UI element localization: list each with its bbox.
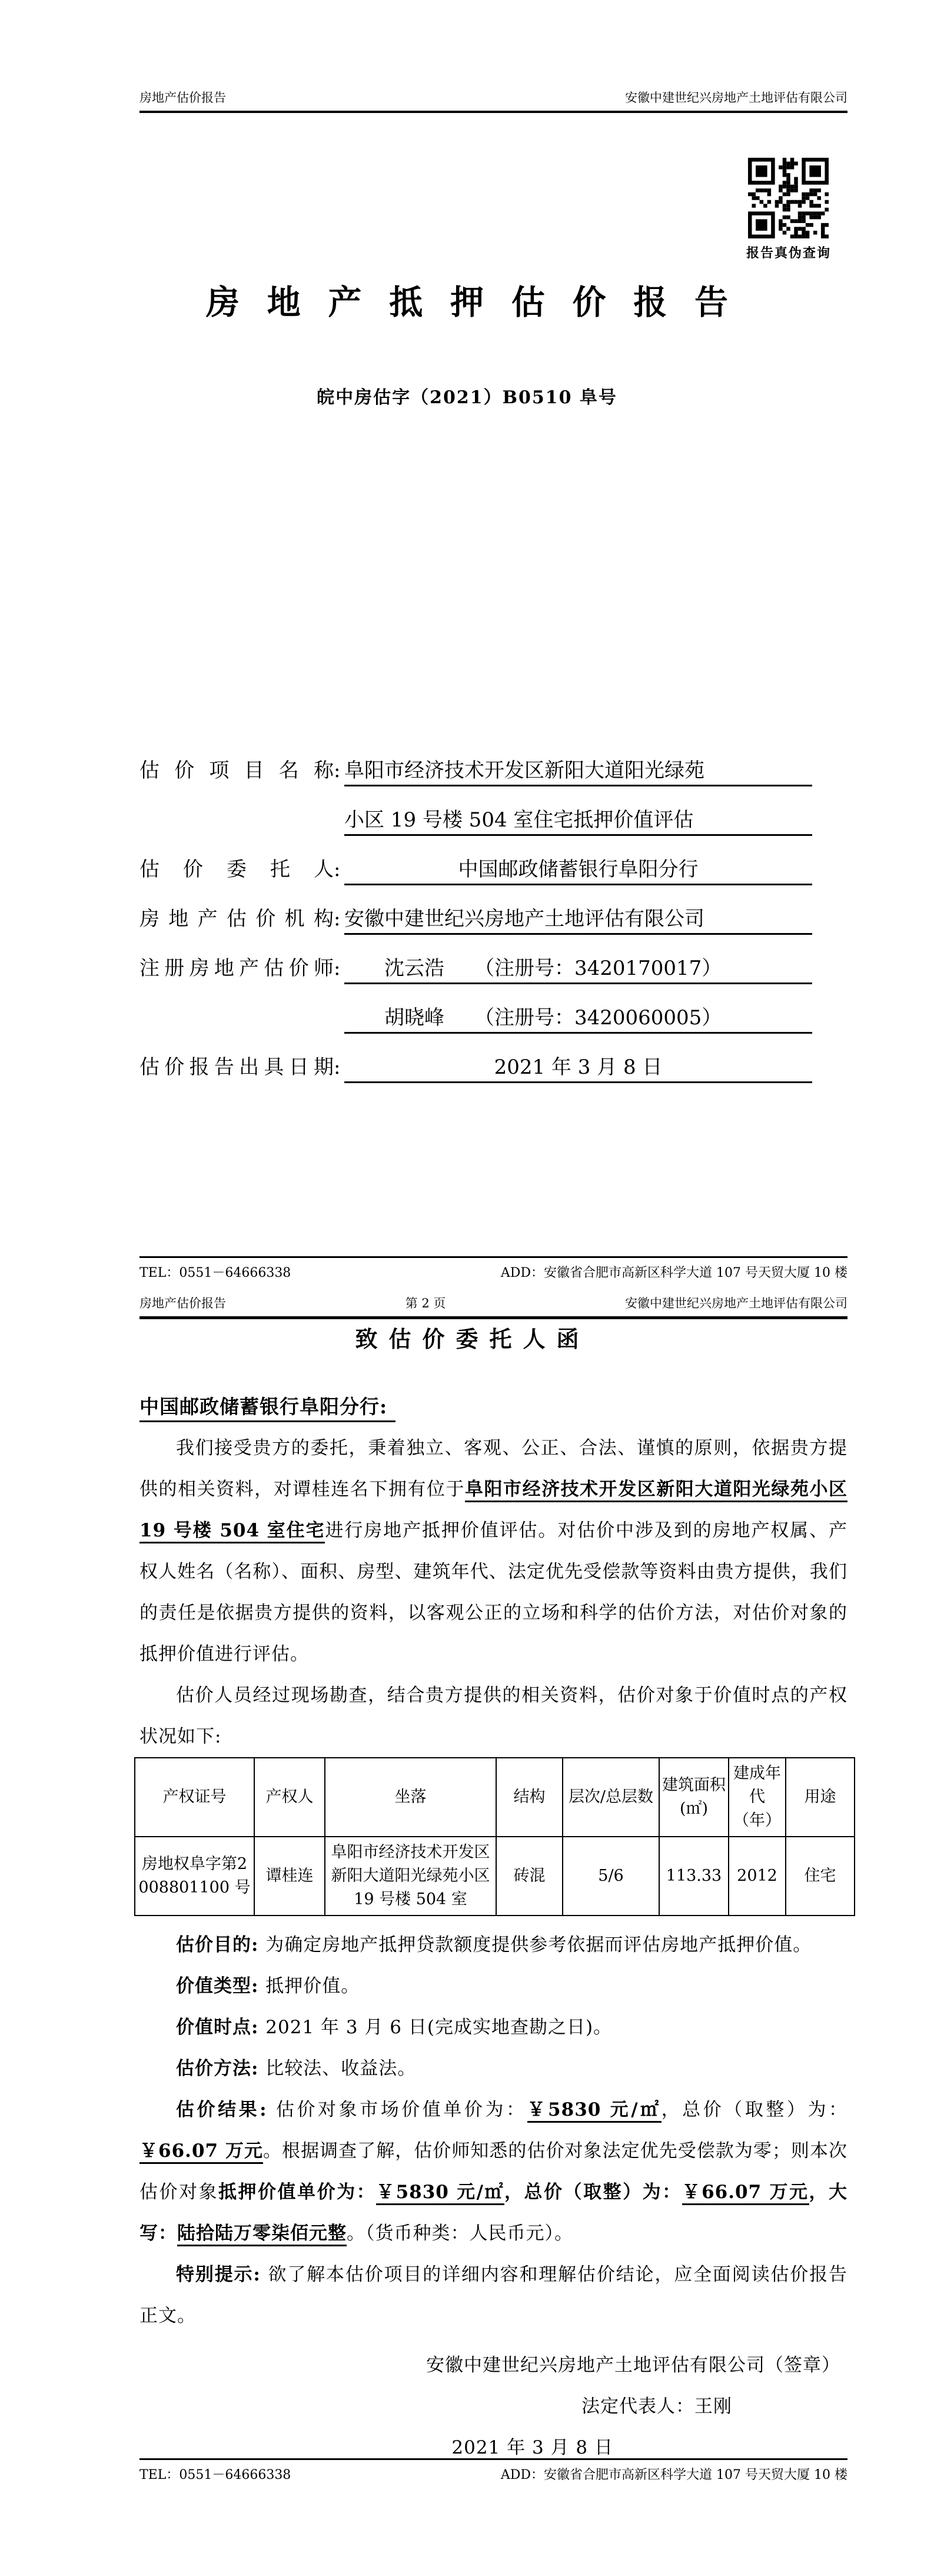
total-price-value: ￥66.07 万元: [139, 2140, 263, 2164]
col-certificate-no: 产权证号: [135, 1758, 254, 1837]
col-year-built: 建成年代（年）: [729, 1758, 786, 1837]
col-floor: 层次/总层数: [563, 1758, 659, 1837]
cover-form: 估价项目名称:阜阳市经济技术开发区新阳大道阳光绿苑 小区 19 号楼 504 室…: [139, 758, 847, 1104]
item-purpose: 估价目的: 为确定房地产抵押贷款额度提供参考依据而评估房地产抵押价值。: [139, 1924, 847, 1966]
form-value: 阜阳市经济技术开发区新阳大道阳光绿苑: [344, 758, 812, 786]
signature-legal-rep: 法定代表人：王刚: [139, 2386, 847, 2427]
cell-location: 阜阳市经济技术开发区新阳大道阳光绿苑小区19 号楼 504 室: [325, 1837, 496, 1916]
cell-owner: 谭桂连: [254, 1837, 325, 1916]
report-number: 皖中房估字（2021）B0510 阜号: [0, 383, 934, 409]
cell-structure: 砖混: [496, 1837, 563, 1916]
mortgage-unit-price-value: ￥5830 元/㎡: [376, 2182, 504, 2205]
cell-area: 113.33: [659, 1837, 729, 1916]
page2-header-right: 安徽中建世纪兴房地产土地评估有限公司: [625, 1296, 847, 1311]
letter-body: 中国邮政储蓄银行阜阳分行: 我们接受贵方的委托，秉着独立、客观、公正、合法、谨慎…: [139, 1386, 847, 2468]
col-owner: 产权人: [254, 1758, 325, 1837]
form-label: 注册房地产估价师: [139, 956, 334, 981]
signature-company: 安徽中建世纪兴房地产土地评估有限公司（签章）: [139, 2345, 847, 2386]
form-value: 小区 19 号楼 504 室住宅抵押价值评估: [344, 808, 812, 836]
cell-year-built: 2012: [729, 1837, 786, 1916]
page1-header-right: 安徽中建世纪兴房地产土地评估有限公司: [625, 90, 847, 105]
form-label: 估价报告出具日期: [139, 1055, 334, 1080]
letter-title: 致估价委托人函: [0, 1321, 934, 1353]
col-structure: 结构: [496, 1758, 563, 1837]
page1-header: 房地产估价报告 安徽中建世纪兴房地产土地评估有限公司: [139, 90, 847, 113]
cell-floor: 5/6: [563, 1837, 659, 1916]
footer-tel: TEL：0551－64666338: [139, 1265, 291, 1282]
form-value: 安徽中建世纪兴房地产土地评估有限公司: [344, 907, 812, 935]
table-header-row: 产权证号 产权人 坐落 结构 层次/总层数 建筑面积(㎡) 建成年代（年） 用途: [135, 1758, 855, 1837]
page2-header: 房地产估价报告 第 2 页 安徽中建世纪兴房地产土地评估有限公司: [139, 1296, 847, 1319]
form-row-agency: 房地产估价机构:安徽中建世纪兴房地产土地评估有限公司: [139, 907, 847, 935]
form-row-project-name-2: 小区 19 号楼 504 室住宅抵押价值评估: [139, 808, 847, 836]
property-table: 产权证号 产权人 坐落 结构 层次/总层数 建筑面积(㎡) 建成年代（年） 用途…: [134, 1757, 855, 1916]
form-value: 胡晓峰 （注册号：3420060005）: [344, 1005, 812, 1034]
form-row-appraiser-2: 胡晓峰 （注册号：3420060005）: [139, 1005, 847, 1034]
page2-footer: TEL：0551－64666338 ADD：安徽省合肥市高新区科学大道 107 …: [139, 2458, 847, 2484]
form-row-project-name: 估价项目名称:阜阳市经济技术开发区新阳大道阳光绿苑: [139, 758, 847, 786]
form-value: 中国邮政储蓄银行阜阳分行: [344, 857, 812, 885]
mortgage-total-price-value: ￥66.07 万元: [682, 2182, 809, 2205]
col-area: 建筑面积(㎡): [659, 1758, 729, 1837]
footer-tel: TEL：0551－64666338: [139, 2467, 291, 2484]
form-row-report-date: 估价报告出具日期:2021 年 3 月 8 日: [139, 1055, 847, 1083]
col-use: 用途: [786, 1758, 855, 1837]
form-value: 2021 年 3 月 8 日: [344, 1055, 812, 1083]
form-row-appraiser-1: 注册房地产估价师:沈云浩 （注册号：3420170017）: [139, 956, 847, 984]
page2-page-number: 第 2 页: [405, 1296, 446, 1311]
salutation: 中国邮政储蓄银行阜阳分行:: [139, 1386, 847, 1428]
item-result: 估价结果: 估价对象市场价值单价为：￥5830 元/㎡，总价（取整）为：￥66.…: [139, 2089, 847, 2254]
footer-address: ADD：安徽省合肥市高新区科学大道 107 号天贸大厦 10 楼: [501, 1265, 847, 1282]
page2-header-left: 房地产估价报告: [139, 1296, 226, 1311]
footer-address: ADD：安徽省合肥市高新区科学大道 107 号天贸大厦 10 楼: [501, 2467, 847, 2484]
item-value-type: 价值类型: 抵押价值。: [139, 1966, 847, 2007]
signature-block: 安徽中建世纪兴房地产土地评估有限公司（签章） 法定代表人：王刚 2021 年 3…: [139, 2345, 847, 2468]
amount-in-words: 陆拾陆万零柒佰元整: [177, 2223, 347, 2246]
qr-caption: 报告真伪查询: [746, 243, 830, 261]
valuation-items: 估价目的: 为确定房地产抵押贷款额度提供参考依据而评估房地产抵押价值。 价值类型…: [139, 1924, 847, 2336]
page1-footer: TEL：0551－64666338 ADD：安徽省合肥市高新区科学大道 107 …: [139, 1256, 847, 1282]
form-label: 估价项目名称: [139, 758, 334, 783]
table-row: 房地权阜字第2008801100 号 谭桂连 阜阳市经济技术开发区新阳大道阳光绿…: [135, 1837, 855, 1916]
cell-use: 住宅: [786, 1837, 855, 1916]
item-value-date: 价值时点: 2021 年 3 月 6 日(完成实地查勘之日)。: [139, 2007, 847, 2048]
qr-code-icon: [748, 158, 829, 238]
letter-paragraph-2: 估价人员经过现场勘查，结合贵方提供的相关资料，估价对象于价值时点的产权状况如下:: [139, 1675, 847, 1757]
report-title: 房地产抵押估价报告: [0, 275, 934, 324]
item-method: 估价方法: 比较法、收益法。: [139, 2048, 847, 2089]
col-location: 坐落: [325, 1758, 496, 1837]
form-row-client: 估价委托人:中国邮政储蓄银行阜阳分行: [139, 857, 847, 885]
item-special-note: 特别提示: 欲了解本估价项目的详细内容和理解估价结论，应全面阅读估价报告正文。: [139, 2254, 847, 2336]
form-value: 沈云浩 （注册号：3420170017）: [344, 956, 812, 984]
qr-block: 报告真伪查询: [746, 158, 830, 261]
form-label: 估价委托人: [139, 857, 334, 882]
form-label: 房地产估价机构: [139, 907, 334, 931]
cell-certificate-no: 房地权阜字第2008801100 号: [135, 1837, 254, 1916]
letter-paragraph-1: 我们接受贵方的委托，秉着独立、客观、公正、合法、谨慎的原则，依据贵方提供的相关资…: [139, 1428, 847, 1675]
page1-header-left: 房地产估价报告: [139, 90, 226, 105]
unit-price-value: ￥5830 元/㎡: [527, 2099, 662, 2123]
